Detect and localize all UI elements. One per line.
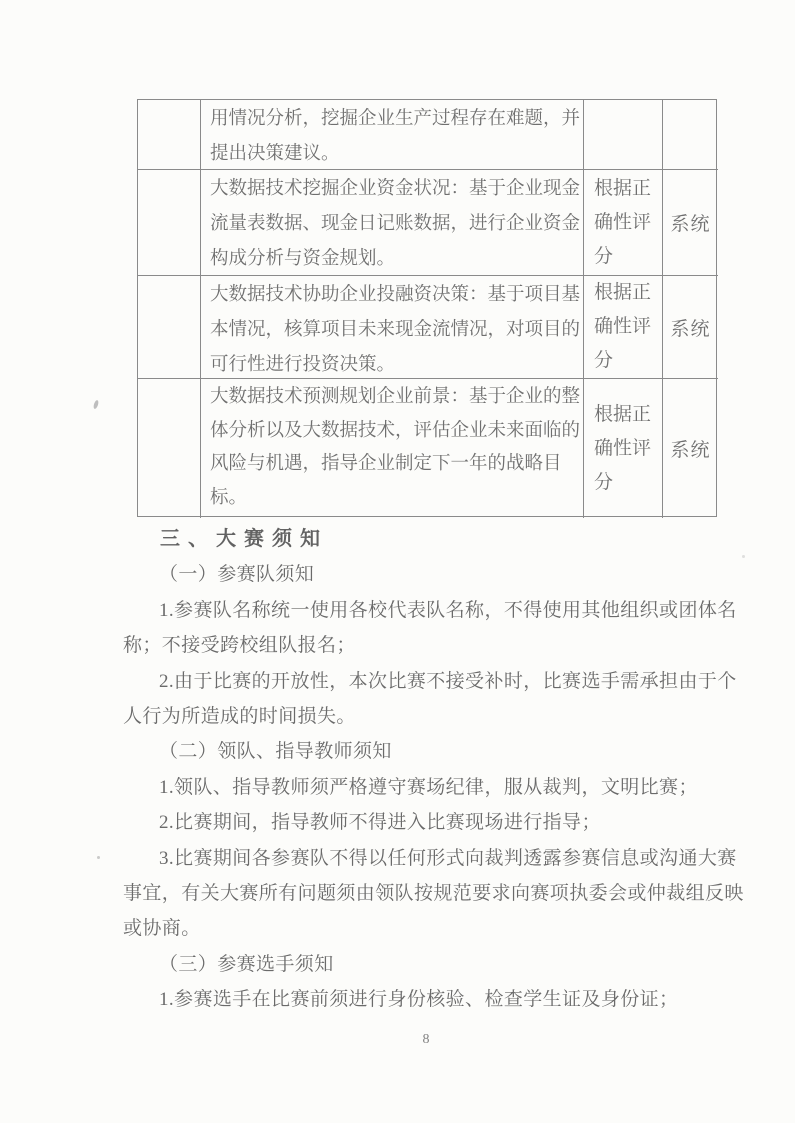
table-cell-line: 根据正 <box>594 398 662 432</box>
table-cell-line: 根据正 <box>594 172 662 206</box>
table-cell-line: 构成分析与资金规划。 <box>210 242 578 276</box>
cell-scoring-basis: 根据正确性评分 <box>584 276 663 379</box>
text-line: 事宜，有关大赛所有问题须由领队按规范要求向赛项执委会或仲裁组反映 <box>123 876 763 911</box>
text-line: 2.比赛期间，指导教师不得进入比赛现场进行指导； <box>123 805 763 840</box>
table-cell-line: 大数据技术协助企业投融资决策：基于项目基 <box>210 278 578 313</box>
cell-scoring-basis <box>584 100 663 170</box>
cell-task-description: 大数据技术协助企业投融资决策：基于项目基本情况，核算项目未来现金流情况，对项目的… <box>201 276 584 379</box>
text-line: （三）参赛选手须知 <box>123 947 763 982</box>
table-cell-line: 用情况分析，挖掘企业生产过程存在难题，并 <box>210 102 578 137</box>
table-cell-line: 流量表数据、现金日记账数据，进行企业资金 <box>210 207 578 242</box>
cell-module <box>138 379 201 518</box>
text-line: 1.参赛选手在比赛前须进行身份核验、检查学生证及身份证； <box>123 982 763 1017</box>
table-cell-line: 提出决策建议。 <box>210 137 578 170</box>
table-cell-line: 大数据技术挖掘企业资金状况：基于企业现金 <box>210 172 578 207</box>
scan-artifact <box>742 555 745 558</box>
page-number: 8 <box>413 1032 439 1048</box>
cell-task-description: 大数据技术预测规划企业前景：基于企业的整体分析以及大数据技术，评估企业未来面临的… <box>201 379 584 518</box>
text-line: 1.参赛队名称统一使用各校代表队名称，不得使用其他组织或团体名 <box>123 593 763 628</box>
cell-module <box>138 170 201 276</box>
table-cell-line: 分 <box>594 466 662 500</box>
cell-scoring-method <box>663 100 718 170</box>
text-line: 三、大赛须知 <box>123 522 763 557</box>
cell-scoring-basis: 根据正确性评分 <box>584 379 663 518</box>
text-line: 称；不接受跨校组队报名； <box>123 628 763 663</box>
table-cell-line: 分 <box>594 344 662 378</box>
table-cell-line: 标。 <box>210 482 578 516</box>
cell-scoring-method: 系统 <box>663 379 718 518</box>
table-cell-line: 确性评 <box>594 206 662 240</box>
table-cell-line: 风险与机遇，指导企业制定下一年的战略目 <box>210 448 578 482</box>
cell-module <box>138 100 201 170</box>
cell-scoring-method: 系统 <box>663 170 718 276</box>
table-cell-line: 大数据技术预测规划企业前景：基于企业的整 <box>210 381 578 415</box>
text-line: （一）参赛队须知 <box>123 557 763 592</box>
cell-scoring-method: 系统 <box>663 276 718 379</box>
text-line: 或协商。 <box>123 911 763 946</box>
table-cell-line: 确性评 <box>594 432 662 466</box>
scan-artifact <box>97 856 100 859</box>
document-page: 用情况分析，挖掘企业生产过程存在难题，并提出决策建议。 大数据技术挖掘企业资金状… <box>0 0 795 1123</box>
cell-task-description: 大数据技术挖掘企业资金状况：基于企业现金流量表数据、现金日记账数据，进行企业资金… <box>201 170 584 276</box>
text-line: 3.比赛期间各参赛队不得以任何形式向裁判透露参赛信息或沟通大赛 <box>123 841 763 876</box>
table-cell-line: 可行性进行投资决策。 <box>210 348 578 379</box>
table-cell-line: 分 <box>594 240 662 274</box>
table-cell-line: 体分析以及大数据技术，评估企业未来面临的 <box>210 415 578 449</box>
notice-section: 三、大赛须知 （一）参赛队须知 1.参赛队名称统一使用各校代表队名称，不得使用其… <box>123 522 763 1017</box>
cell-task-description: 用情况分析，挖掘企业生产过程存在难题，并提出决策建议。 <box>201 100 584 170</box>
text-line: 人行为所造成的时间损失。 <box>123 699 763 734</box>
cell-module <box>138 276 201 379</box>
table-cell-line: 确性评 <box>594 310 662 344</box>
scoring-table: 用情况分析，挖掘企业生产过程存在难题，并提出决策建议。 大数据技术挖掘企业资金状… <box>137 99 717 517</box>
table-cell-line: 根据正 <box>594 276 662 310</box>
text-line: 1.领队、指导教师须严格遵守赛场纪律，服从裁判，文明比赛； <box>123 770 763 805</box>
text-line: 2.由于比赛的开放性，本次比赛不接受补时，比赛选手需承担由于个 <box>123 664 763 699</box>
text-line: （二）领队、指导教师须知 <box>123 734 763 769</box>
scan-artifact <box>93 400 100 410</box>
cell-scoring-basis: 根据正确性评分 <box>584 170 663 276</box>
table-cell-line: 本情况，核算项目未来现金流情况，对项目的 <box>210 313 578 348</box>
